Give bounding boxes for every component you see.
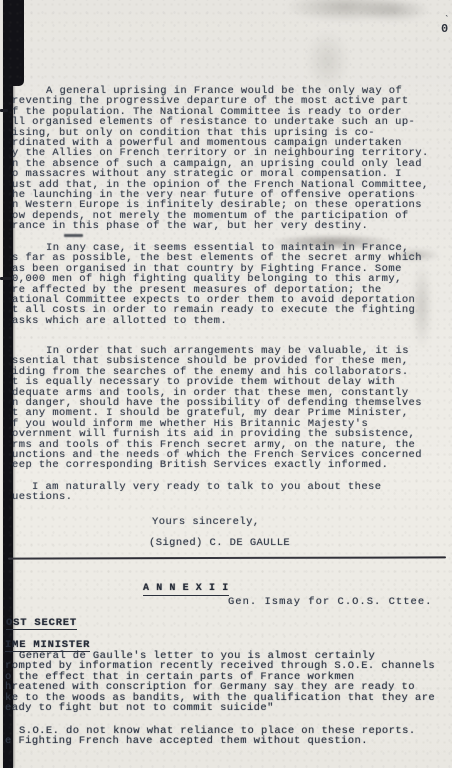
letter-paragraph-3: In order that such arrangements may be v… — [12, 346, 448, 471]
annex-title: A N N E X I I — [143, 574, 229, 596]
scan-stain — [358, 0, 430, 22]
annex-attribution: Gen. Ismay for C.O.S. Cttee. — [228, 597, 432, 607]
scan-dash-mark — [64, 234, 83, 237]
scan-stain — [305, 30, 350, 92]
letter-paragraph-4: I am naturally very ready to talk to you… — [12, 482, 432, 503]
scan-tick — [0, 109, 8, 112]
letter-paragraph-2: In any case, it seems essential to maint… — [12, 243, 448, 326]
separator-rule — [8, 556, 446, 560]
letter-paragraph-1: A general uprising in France would be th… — [12, 86, 448, 232]
binding-edge-top — [3, 0, 24, 86]
document-page: ˋ 0 A general uprising in France would b… — [0, 0, 452, 768]
classification-text: OST SECRET — [6, 618, 77, 630]
scan-tick — [0, 277, 11, 280]
valediction: Yours sincerely, — [152, 517, 260, 527]
classification-heading: OST SECRET — [6, 608, 77, 630]
annex-title-text: A N N E X I I — [143, 584, 229, 596]
annex-paragraph-1: General de Gaulle's letter to you is alm… — [5, 651, 449, 713]
salutation-heading: IME MINISTER — [5, 630, 90, 652]
signature-line: (Signed) C. DE GAULLE — [149, 538, 290, 548]
scan-stain — [285, 0, 405, 22]
annex-paragraph-2: S.O.E. do not know what reliance to plac… — [5, 726, 449, 747]
page-number: 0 — [441, 22, 448, 36]
